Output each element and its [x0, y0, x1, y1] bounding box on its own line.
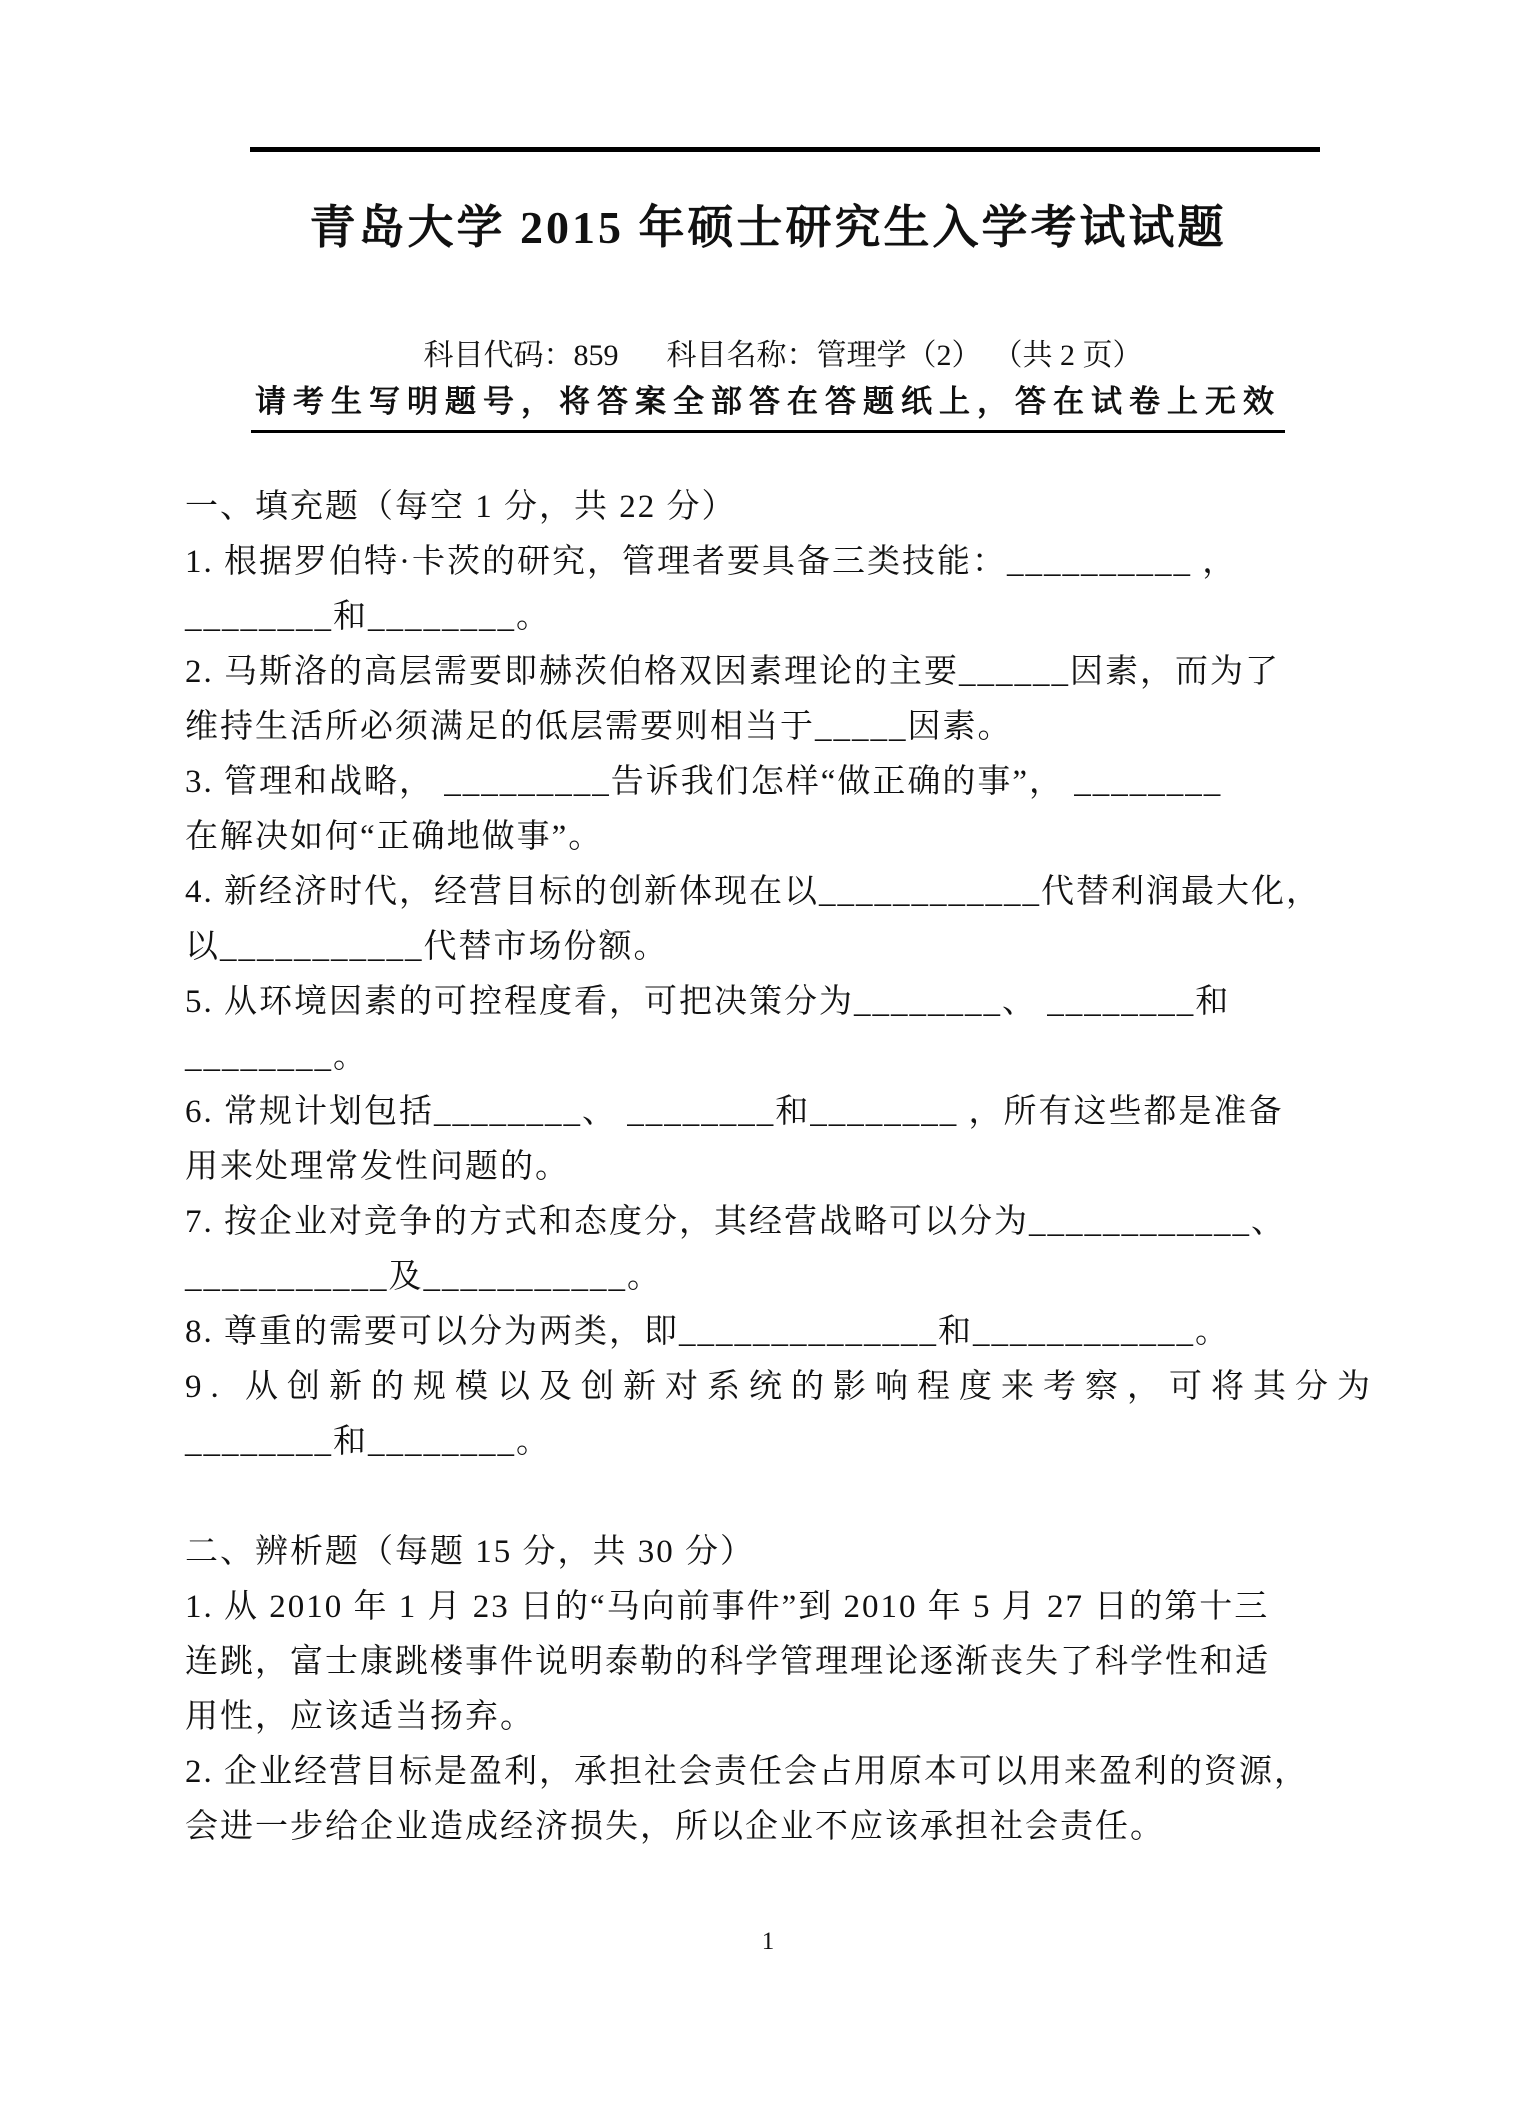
- fill-in-q6-line1: 6. 常规计划包括________、 ________和________ ，所有…: [185, 1085, 1360, 1140]
- page-title: 青岛大学 2015 年硕士研究生入学考试试题: [0, 196, 1536, 260]
- fill-in-q9-line2: ________和________。: [185, 1415, 1360, 1470]
- fill-in-q2-line1: 2. 马斯洛的高层需要即赫茨伯格双因素理论的主要______因素，而为了: [185, 645, 1360, 700]
- instruction-row: 请考生写明题号，将答案全部答在答题纸上，答在试卷上无效: [0, 380, 1536, 433]
- fill-in-q2-line2: 维持生活所必须满足的低层需要则相当于_____因素。: [185, 700, 1360, 755]
- analysis-q2-line1: 2. 企业经营目标是盈利，承担社会责任会占用原本可以用来盈利的资源，: [185, 1745, 1360, 1800]
- subject-name-label: 科目名称：: [667, 339, 817, 372]
- fill-in-q7-line2: ___________及___________。: [185, 1250, 1360, 1305]
- analysis-q2-line2: 会进一步给企业造成经济损失，所以企业不应该承担社会责任。: [185, 1800, 1360, 1855]
- page-number: 1: [0, 1922, 1536, 1962]
- fill-in-q6-line2: 用来处理常发性问题的。: [185, 1140, 1360, 1195]
- fill-in-q4-line2: 以___________代替市场份额。: [185, 920, 1360, 975]
- pages-note: （共 2 页）: [1008, 339, 1143, 372]
- exam-body: 一、填充题（每空 1 分，共 22 分） 1. 根据罗伯特·卡茨的研究，管理者要…: [185, 480, 1360, 1855]
- header-rule: [250, 147, 1320, 152]
- fill-in-q1-line1: 1. 根据罗伯特·卡茨的研究，管理者要具备三类技能：__________ ，: [185, 535, 1360, 590]
- fill-in-q7-line1: 7. 按企业对竞争的方式和态度分，其经营战略可以分为____________、: [185, 1195, 1360, 1250]
- subject-name-value: 管理学（2）: [817, 339, 982, 372]
- fill-in-q3-line2: 在解决如何“正确地做事”。: [185, 810, 1360, 865]
- section-analysis-heading: 二、辨析题（每题 15 分，共 30 分）: [185, 1525, 1360, 1580]
- subject-code-label: 科目代码：: [424, 339, 574, 372]
- subject-code-value: 859: [574, 339, 619, 372]
- exam-paper-page: 青岛大学 2015 年硕士研究生入学考试试题 科目代码：859科目名称：管理学（…: [0, 0, 1536, 2127]
- analysis-q1-line1: 1. 从 2010 年 1 月 23 日的“马向前事件”到 2010 年 5 月…: [185, 1580, 1360, 1635]
- section-fill-in-heading: 一、填充题（每空 1 分，共 22 分）: [185, 480, 1360, 535]
- answer-instruction: 请考生写明题号，将答案全部答在答题纸上，答在试卷上无效: [251, 380, 1285, 433]
- fill-in-q3-line1: 3. 管理和战略， _________告诉我们怎样“做正确的事”， ______…: [185, 755, 1360, 810]
- analysis-q1-line2: 连跳，富士康跳楼事件说明泰勒的科学管理理论逐渐丧失了科学性和适: [185, 1635, 1360, 1690]
- fill-in-q9-line1: 9. 从创新的规模以及创新对系统的影响程度来考察，可将其分为: [185, 1360, 1360, 1415]
- fill-in-q8-line1: 8. 尊重的需要可以分为两类，即______________和_________…: [185, 1305, 1360, 1360]
- analysis-q1-line3: 用性，应该适当扬弃。: [185, 1690, 1360, 1745]
- fill-in-q1-line2: ________和________。: [185, 590, 1360, 645]
- fill-in-q5-line1: 5. 从环境因素的可控程度看，可把决策分为________、 ________和: [185, 975, 1360, 1030]
- fill-in-q5-line2: ________。: [185, 1030, 1360, 1085]
- fill-in-q4-line1: 4. 新经济时代，经营目标的创新体现在以____________代替利润最大化，: [185, 865, 1360, 920]
